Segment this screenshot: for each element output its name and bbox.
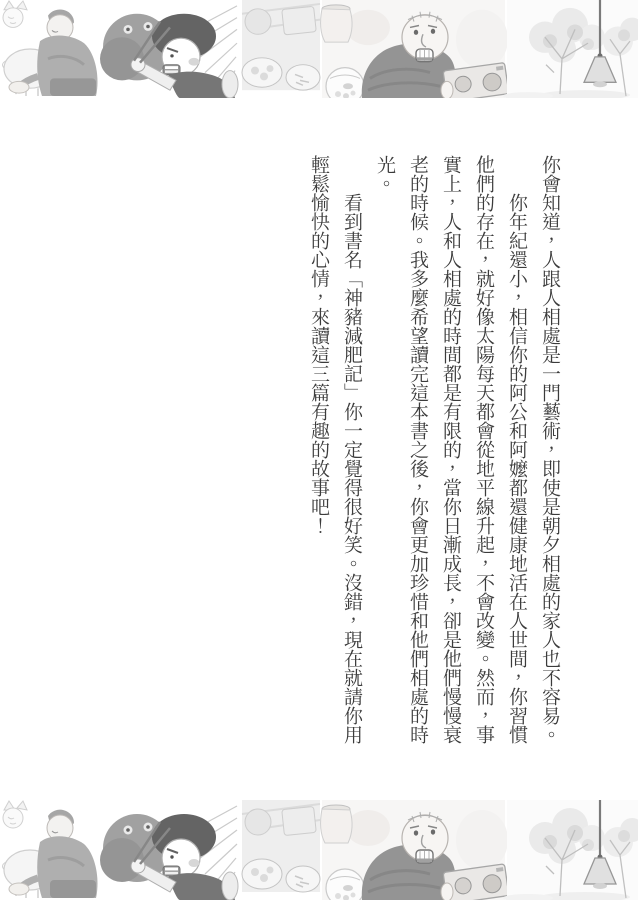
top-illustration-strip [0, 0, 638, 98]
bottom-illustration-strip [0, 800, 638, 900]
paragraph-1: 你會知道，人跟人相處是一門藝術，即使是朝夕相處的家人也不容易。 [533, 155, 566, 747]
paragraph-3: 看到書名「神豬減肥記」你一定覺得很好笑。沒錯，現在就請你用輕鬆愉快的心情，來讀這… [302, 155, 368, 747]
preface-text-block: 你會知道，人跟人相處是一門藝術，即使是朝夕相處的家人也不容易。 你年紀還小，相信… [302, 155, 566, 747]
paragraph-2: 你年紀還小，相信你的阿公和阿嬤都還健康地活在人世間，你習慣他們的存在，就好像太陽… [368, 155, 533, 747]
book-page: 你會知道，人跟人相處是一門藝術，即使是朝夕相處的家人也不容易。 你年紀還小，相信… [0, 0, 638, 900]
